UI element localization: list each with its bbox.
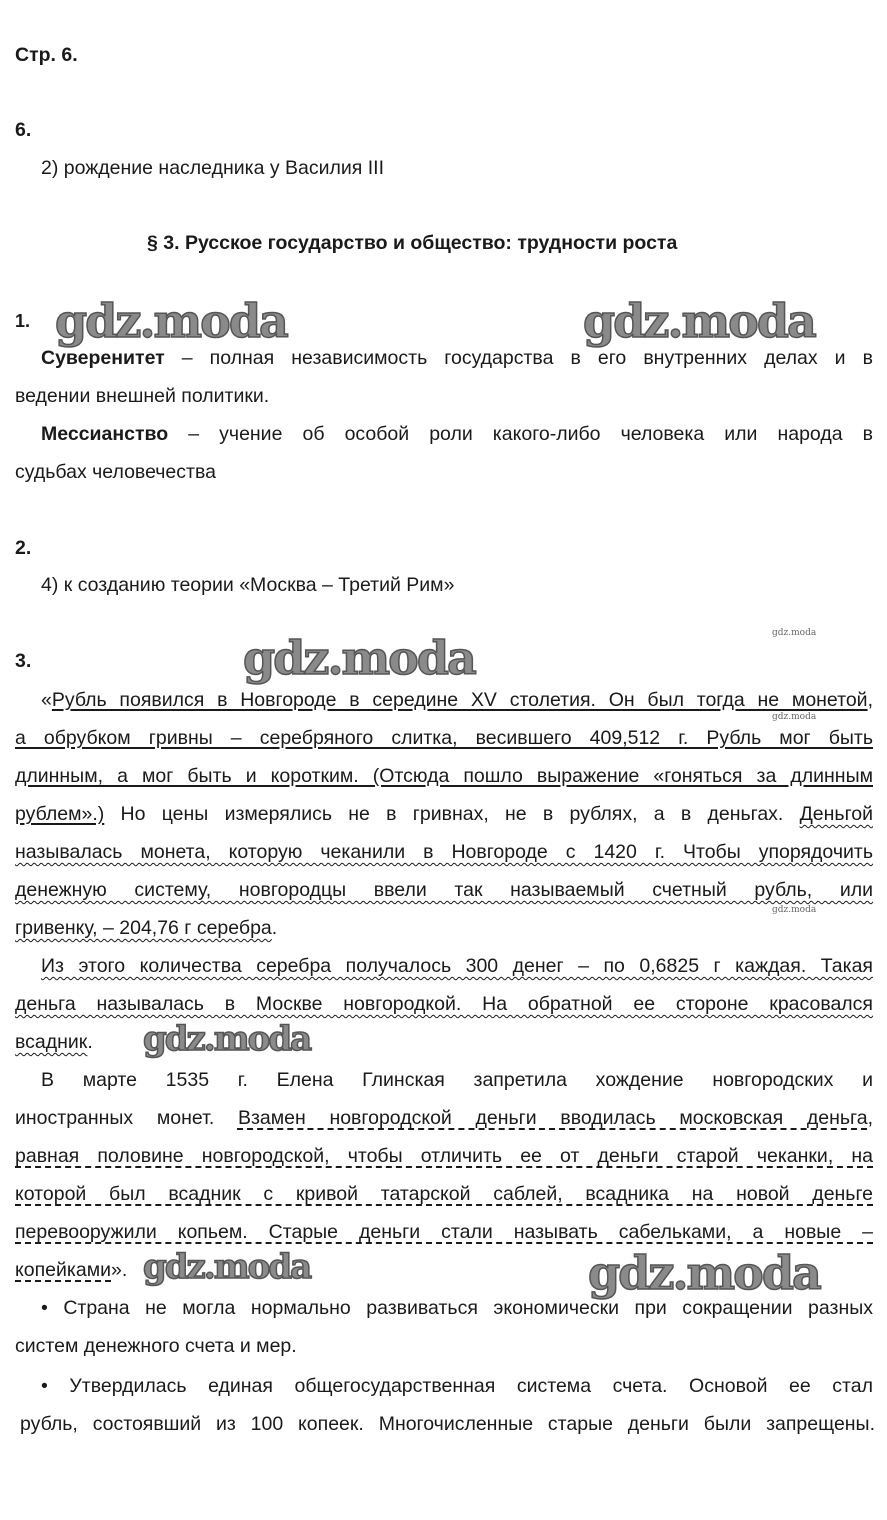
page-label: Стр. 6.	[15, 44, 78, 67]
watermark-small: gdz.moda	[772, 628, 816, 638]
task-6-number: 6.	[15, 119, 31, 142]
bullet-1-line-2: систем денежного счета и мер.	[15, 1334, 873, 1358]
watermark-small: gdz.moda	[772, 905, 816, 915]
wavy-underlined-text: Из этого количества серебра получалось 3…	[41, 955, 873, 977]
punct: ».	[111, 1259, 127, 1281]
watermark: gdz.moda	[55, 298, 287, 344]
wavy-underlined-text: всадник	[15, 1031, 87, 1053]
quote-line: называлась монета, которую чеканили в Но…	[15, 840, 873, 864]
punct: ,	[868, 1107, 873, 1129]
quote-line: рублем».) Но цены измерялись не в гривна…	[15, 802, 873, 826]
task-2-number: 2.	[15, 537, 31, 560]
quote-line: иностранных монет. Взамен новгородской д…	[15, 1106, 873, 1130]
underlined-text: Рубль появился в Новгороде в середине XV…	[52, 689, 868, 711]
definition-text: – полная независимость государства в его…	[165, 347, 873, 369]
task-1-def-2-line-1: Мессианство – учение об особой роли како…	[41, 422, 873, 446]
term-messianism: Мессианство	[41, 423, 168, 445]
underlined-text: рублем».)	[15, 803, 104, 825]
quote-line: а обрубком гривны – серебряного слитка, …	[15, 726, 873, 750]
quote-line: Из этого количества серебра получалось 3…	[41, 954, 873, 978]
quote-line: деньга называлась в Москве новгородкой. …	[15, 992, 873, 1016]
quote-line: «Рубль появился в Новгороде в середине X…	[41, 688, 873, 712]
wavy-underlined-text: деньга называлась в Москве новгородкой. …	[15, 993, 873, 1015]
wavy-underlined-text: гривенку, – 204,76 г серебра	[15, 917, 272, 939]
plain-text: иностранных монет.	[15, 1107, 238, 1129]
watermark-small: gdz.moda	[772, 712, 816, 722]
dashed-underlined-text: которой был всадник с кривой татарской с…	[15, 1183, 873, 1205]
definition-text: – учение об особой роли какого-либо чело…	[168, 423, 873, 445]
quote-line: которой был всадник с кривой татарской с…	[15, 1182, 873, 1206]
task-1-def-1-line-2: ведении внешней политики.	[15, 384, 873, 408]
underlined-text: а обрубком гривны – серебряного слитка, …	[15, 727, 873, 749]
task-1-number: 1.	[15, 311, 30, 332]
task-3-number: 3.	[15, 650, 31, 673]
task-1-def-1-line-1: Суверенитет – полная независимость госуд…	[41, 346, 873, 370]
quote-line: гривенку, – 204,76 г серебра.	[15, 916, 873, 940]
dashed-underlined-text: копейками	[15, 1259, 111, 1281]
wavy-underlined-text: денежную систему, новгородцы ввели так н…	[15, 879, 873, 901]
term-sovereignty: Суверенитет	[41, 347, 165, 369]
wavy-underlined-text: называлась монета, которую чеканили в Но…	[15, 841, 873, 863]
bullet-2-line-1: • Утвердилась единая общегосударственная…	[41, 1374, 873, 1398]
plain-text: Но цены измерялись не в гривнах, не в ру…	[104, 803, 799, 825]
watermark: gdz.moda	[588, 1250, 820, 1296]
quote-line: денежную систему, новгородцы ввели так н…	[15, 878, 873, 902]
quote-line: В марте 1535 г. Елена Глинская запретила…	[41, 1068, 873, 1092]
punct: .	[272, 917, 277, 939]
dashed-underlined-text: равная половине новгородской, чтобы отли…	[15, 1145, 873, 1167]
quote-line: длинным, а мог быть и коротким. (Отсюда …	[15, 764, 873, 788]
section-title: § 3. Русское государство и общество: тру…	[147, 232, 677, 255]
quote-line: перевооружили копьем. Старые деньги стал…	[15, 1220, 873, 1244]
watermark: gdz.moda	[243, 635, 475, 681]
task-2-answer: 4) к созданию теории «Москва – Третий Ри…	[41, 574, 454, 597]
watermark: gdz.moda	[143, 1022, 310, 1056]
dashed-underlined-text: перевооружили копьем. Старые деньги стал…	[15, 1221, 873, 1243]
punct: .	[87, 1031, 92, 1053]
dashed-underlined-text: Взамен новгородской деньги вводилась мос…	[238, 1107, 868, 1129]
quote-line: равная половине новгородской, чтобы отли…	[15, 1144, 873, 1168]
task-1-def-2-line-2: судьбах человечества	[15, 460, 873, 484]
watermark: gdz.moda	[583, 298, 815, 344]
task-6-answer: 2) рождение наследника у Василия III	[41, 157, 384, 180]
bullet-2-line-2: рубль, состоявший из 100 копеек. Многочи…	[20, 1412, 875, 1436]
punct: ,	[868, 689, 873, 711]
underlined-text: длинным, а мог быть и коротким. (Отсюда …	[15, 765, 873, 787]
quote-mark: «	[41, 689, 52, 711]
wavy-underlined-text: Деньгой	[800, 803, 873, 825]
watermark: gdz.moda	[143, 1250, 310, 1284]
